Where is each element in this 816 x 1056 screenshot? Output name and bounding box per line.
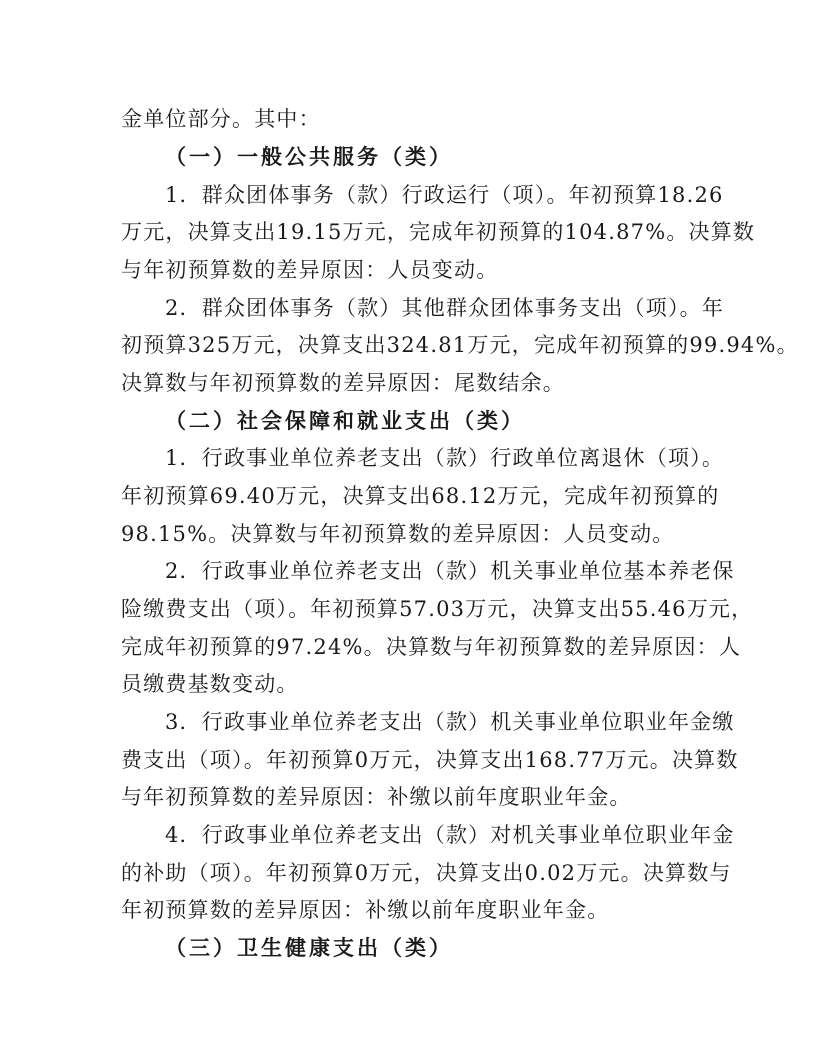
text-line: 完成年初预算的97.24%。决算数与年初预算数的差异原因：人 <box>121 632 697 662</box>
text-line: 费支出（项）。年初预算0万元，决算支出168.77万元。决算数 <box>121 745 697 775</box>
text-line: 万元，决算支出19.15万元，完成年初预算的104.87%。决算数 <box>121 217 697 247</box>
text-line: 3．行政事业单位养老支出（款）机关事业单位职业年金缴 <box>165 707 697 737</box>
text-line: 初预算325万元，决算支出324.81万元，完成年初预算的99.94%。 <box>121 330 697 360</box>
text-line: 1．群众团体事务（款）行政运行（项）。年初预算18.26 <box>165 180 697 210</box>
text-line: 年初预算数的差异原因：补缴以前年度职业年金。 <box>121 895 609 925</box>
text-line: 2．行政事业单位养老支出（款）机关事业单位基本养老保 <box>165 556 697 586</box>
text-line: 险缴费支出（项）。年初预算57.03万元，决算支出55.46万元， <box>121 594 697 624</box>
text-line: 年初预算69.40万元，决算支出68.12万元，完成年初预算的 <box>121 481 697 511</box>
text-line: 与年初预算数的差异原因：补缴以前年度职业年金。 <box>121 782 632 812</box>
section-heading-social-security: （二）社会保障和就业支出（类） <box>165 406 525 436</box>
text-line: 4．行政事业单位养老支出（款）对机关事业单位职业年金 <box>165 820 697 850</box>
text-line: 与年初预算数的差异原因：人员变动。 <box>121 255 498 285</box>
text-line: 1．行政事业单位养老支出（款）行政单位离退休（项）。 <box>165 443 697 473</box>
text-line: 的补助（项）。年初预算0万元，决算支出0.02万元。决算数与 <box>121 858 697 888</box>
text-line: 决算数与年初预算数的差异原因：尾数结余。 <box>121 368 565 398</box>
text-line: 2．群众团体事务（款）其他群众团体事务支出（项）。年 <box>165 293 697 323</box>
section-heading-health: （三）卫生健康支出（类） <box>165 933 453 963</box>
text-line: 金单位部分。其中： <box>121 104 321 134</box>
text-line: 员缴费基数变动。 <box>121 669 299 699</box>
section-heading-general-public-services: （一）一般公共服务（类） <box>165 142 453 172</box>
text-line: 98.15%。决算数与年初预算数的差异原因：人员变动。 <box>121 519 674 549</box>
